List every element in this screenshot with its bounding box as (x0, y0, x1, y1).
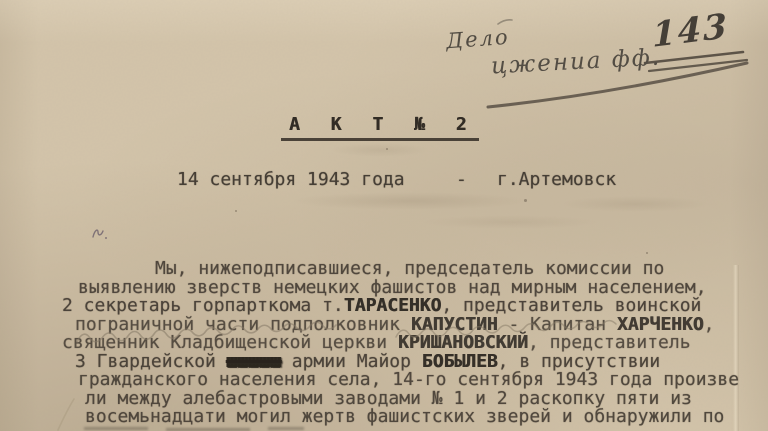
body-line: Мы, нижеподписавшиеся, председатель коми… (155, 260, 664, 278)
body-text: священник Кладбищенской церкви (62, 332, 398, 353)
dateline-place: г.Артемовск (497, 171, 616, 189)
dateline-date: 14 сентября 1943 года (177, 171, 405, 189)
surname-tarasenko: ТАРАСЕНКО (344, 295, 442, 316)
paper-speck (646, 252, 648, 254)
pen-tick (498, 20, 512, 24)
ink-dot (105, 237, 107, 239)
handwritten-case-number: 143 (652, 6, 729, 56)
body-line: восемьнадцати могил жертв фашистских зве… (85, 408, 724, 426)
number-underline-stroke (645, 52, 743, 63)
surname-krishanovsky: КРИШАНОВСКИЙ (398, 332, 528, 353)
bleedthrough-smudge (330, 143, 430, 157)
body-line: 2 секретарь горпарткома т.ТАРАСЕНКО, пре… (62, 297, 701, 315)
number-underline-stroke (649, 60, 747, 71)
body-line: священник Кладбищенской церкви КРИШАНОВС… (62, 334, 691, 352)
paper-speck (235, 210, 237, 212)
bleedthrough-smudge (560, 196, 710, 212)
dateline-dash: - (456, 171, 467, 189)
body-line: гражданского населения села, 14-го сентя… (78, 371, 739, 389)
handwritten-fond-note: цжениа фф. (490, 45, 661, 80)
fold-crease (733, 265, 739, 431)
body-text: , представитель (528, 332, 691, 353)
scanned-document-page: Дело цжениа фф. 143 А К Т № 2 14 сентябр… (0, 0, 768, 431)
sweep-underline-stroke (488, 63, 747, 107)
clipped-line-fragment (268, 427, 304, 430)
body-text: , (704, 314, 715, 335)
ink-mark (93, 230, 103, 237)
document-title: А К Т № 2 (281, 116, 479, 141)
handwritten-delo-label: Дело (445, 25, 510, 53)
clipped-line-fragment (84, 427, 148, 430)
body-text: 2 секретарь горпарткома т. (62, 295, 344, 316)
bleedthrough-smudge (290, 192, 530, 210)
bleedthrough-smudge (420, 215, 600, 229)
pencil-stroke (58, 399, 74, 430)
body-text: , представитель воинской (441, 295, 701, 316)
paper-speck (524, 199, 527, 202)
paper-speck (386, 148, 388, 150)
